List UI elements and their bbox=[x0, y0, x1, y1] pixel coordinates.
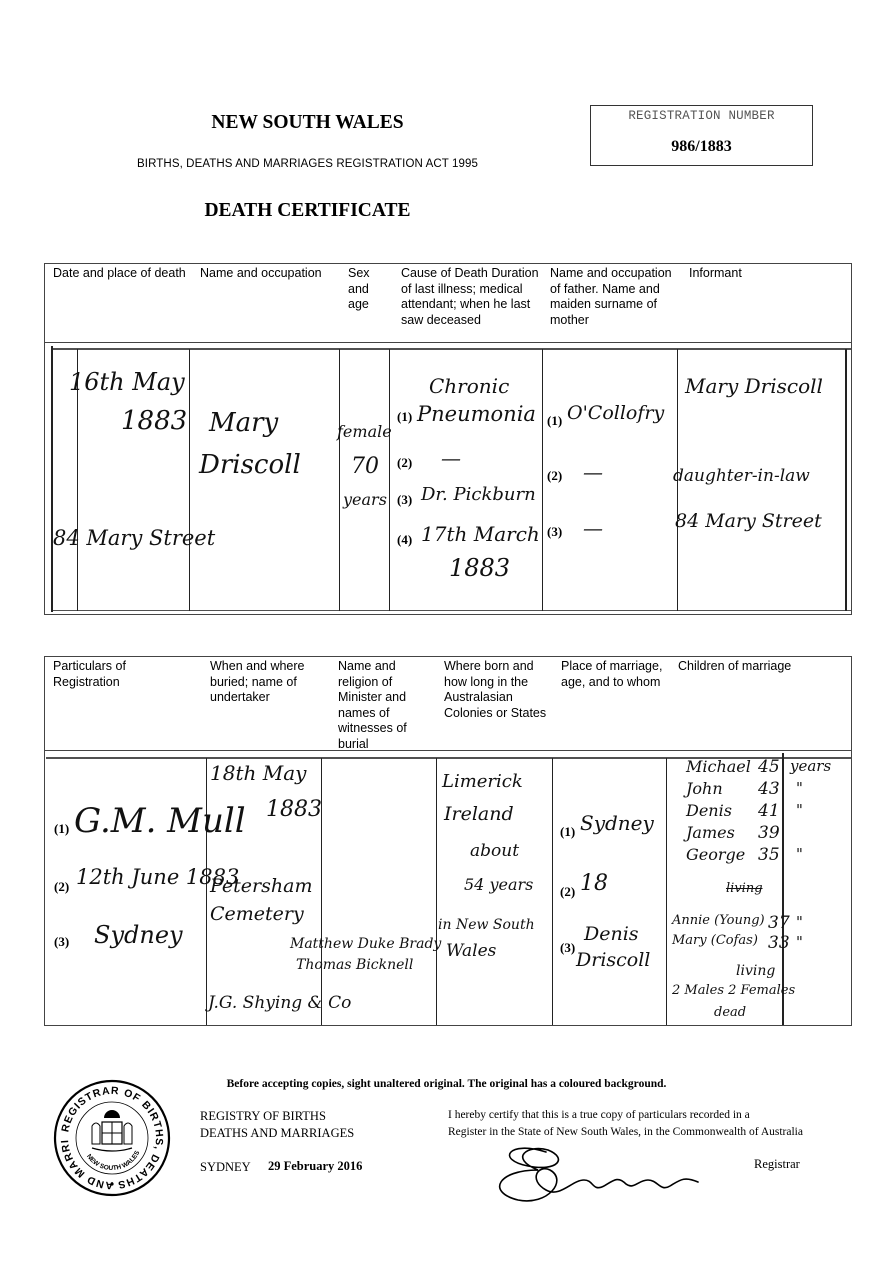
child-age-unit: " bbox=[796, 913, 803, 931]
ledger-column-rule bbox=[389, 349, 390, 611]
registration-number-value: 986/1883 bbox=[591, 138, 812, 156]
certification-statement: I hereby certify that this is a true cop… bbox=[448, 1107, 803, 1141]
date-of-death-year: 1883 bbox=[121, 406, 187, 436]
deceased-first-name: Mary bbox=[209, 408, 278, 438]
registration-number-box: REGISTRATION NUMBER 986/1883 bbox=[590, 105, 813, 166]
parent-item-number: (1) bbox=[547, 413, 562, 429]
age-unit: years bbox=[343, 490, 387, 509]
child-age: 37 bbox=[768, 913, 790, 933]
child-age: 41 bbox=[758, 801, 780, 821]
date-of-death-day: 16th May bbox=[69, 368, 185, 396]
child-name: George bbox=[686, 845, 745, 864]
informant-name: Mary Driscoll bbox=[685, 374, 823, 398]
registry-name-line: DEATHS AND MARRIAGES bbox=[200, 1125, 354, 1142]
child-name: Denis bbox=[686, 801, 732, 820]
witness-2: Thomas Bicknell bbox=[296, 957, 413, 973]
ledger-left-rule bbox=[51, 346, 53, 612]
registrar-title: Registrar bbox=[754, 1157, 800, 1172]
marriage-age: 18 bbox=[580, 871, 608, 896]
child-age: 43 bbox=[758, 779, 780, 799]
header-divider bbox=[45, 750, 851, 751]
child-age: 35 bbox=[758, 845, 780, 865]
certificate-title: DEATH CERTIFICATE bbox=[0, 200, 615, 222]
ledger-column-rule bbox=[542, 349, 543, 611]
registration-details-table: Particulars of Registration When and whe… bbox=[44, 656, 852, 1026]
cause-item-number: (2) bbox=[397, 455, 412, 471]
column-header-children: Children of marriage bbox=[678, 659, 838, 675]
sex: female bbox=[337, 422, 392, 441]
child-age-unit: years bbox=[790, 757, 831, 775]
age-value: 70 bbox=[351, 454, 379, 479]
cause-heading: Chronic bbox=[429, 374, 509, 398]
child-row: Mary (Cofas)33" bbox=[46, 933, 851, 955]
certification-line: Register in the State of New South Wales… bbox=[448, 1124, 803, 1141]
cause-item-text: Pneumonia bbox=[417, 402, 536, 426]
undertaker: J.G. Shying & Co bbox=[208, 993, 351, 1013]
child-age-unit: " bbox=[796, 933, 803, 951]
cause-item-text: — bbox=[441, 446, 461, 470]
child-age-unit: " bbox=[796, 801, 803, 819]
column-header-sex-age: Sex and age bbox=[348, 266, 384, 313]
column-header-particulars: Particulars of Registration bbox=[53, 659, 193, 690]
registry-name-line: REGISTRY OF BIRTHS bbox=[200, 1108, 354, 1125]
child-name: James bbox=[686, 823, 735, 842]
handwritten-register-entry: (1) G.M. Mull (2) 12th June 1883 (3) Syd… bbox=[46, 753, 851, 1025]
registrar-seal-icon: REGISTRAR OF BIRTHS, DEATHS AND MARRIAGE… bbox=[52, 1078, 172, 1198]
child-age: 33 bbox=[768, 933, 790, 953]
cause-year: 1883 bbox=[449, 554, 510, 582]
registrar-signature-icon bbox=[488, 1140, 708, 1205]
registry-name: REGISTRY OF BIRTHS DEATHS AND MARRIAGES bbox=[200, 1108, 354, 1141]
death-details-table: Date and place of death Name and occupat… bbox=[44, 263, 852, 615]
child-age: 45 bbox=[758, 757, 780, 777]
column-header-name-occupation: Name and occupation bbox=[200, 266, 340, 282]
child-row: John43" bbox=[46, 779, 851, 801]
children-dead-note: dead bbox=[714, 1005, 746, 1020]
child-age-unit: " bbox=[796, 845, 803, 863]
column-header-date-place: Date and place of death bbox=[53, 266, 188, 282]
place-of-death: 84 Mary Street bbox=[53, 526, 215, 550]
cause-item-number: (4) bbox=[397, 532, 412, 548]
column-header-parents: Name and occupation of father. Name and … bbox=[550, 266, 675, 328]
child-age: 39 bbox=[758, 823, 780, 843]
child-name: Annie (Young) bbox=[672, 913, 765, 928]
column-header-minister-witnesses: Name and religion of Minister and names … bbox=[338, 659, 428, 753]
cause-item-number: (3) bbox=[397, 492, 412, 508]
ledger-bottom-rule bbox=[51, 610, 851, 611]
parent-item-number: (2) bbox=[547, 468, 562, 484]
ledger-right-rule bbox=[845, 349, 847, 611]
marriage-item-number: (2) bbox=[560, 884, 575, 900]
father-occupation: — bbox=[583, 460, 603, 484]
cause-item-text: 17th March bbox=[421, 522, 540, 546]
informant-address: 84 Mary Street bbox=[675, 510, 822, 532]
parent-item-number: (3) bbox=[547, 524, 562, 540]
mother-maiden-name: — bbox=[583, 516, 603, 540]
child-row: Denis41" bbox=[46, 801, 851, 823]
child-name: Mary (Cofas) bbox=[672, 933, 758, 948]
handwritten-register-entry: 16th May 1883 84 Mary Street Mary Drisco… bbox=[51, 346, 851, 612]
father-name: O'Collofry bbox=[567, 402, 664, 424]
column-header-burial: When and where buried; name of undertake… bbox=[210, 659, 325, 706]
children-living-note: living bbox=[736, 963, 775, 979]
cause-item-number: (1) bbox=[397, 409, 412, 425]
column-header-cause-of-death: Cause of Death Duration of last illness;… bbox=[401, 266, 541, 328]
deceased-surname: Driscoll bbox=[199, 450, 301, 480]
child-row: Michael45years bbox=[46, 757, 851, 779]
column-header-birthplace: Where born and how long in the Australas… bbox=[444, 659, 549, 721]
column-header-marriage: Place of marriage, age, and to whom bbox=[561, 659, 666, 690]
residence-duration: 54 years bbox=[464, 875, 533, 894]
child-age-unit: " bbox=[796, 779, 803, 797]
children-living-struck: living bbox=[726, 881, 763, 896]
child-name: Michael bbox=[686, 757, 751, 776]
child-row: Annie (Young)37" bbox=[46, 913, 851, 935]
child-name: John bbox=[686, 779, 723, 798]
burial-place: Petersham bbox=[210, 875, 312, 897]
column-header-informant: Informant bbox=[689, 266, 809, 282]
ledger-column-rule bbox=[339, 349, 340, 611]
cause-item-text: Dr. Pickburn bbox=[421, 484, 536, 505]
informant-relationship: daughter-in-law bbox=[673, 466, 810, 486]
registration-number-label: REGISTRATION NUMBER bbox=[591, 109, 812, 123]
particulars-item-number: (2) bbox=[54, 879, 69, 895]
issue-place: SYDNEY bbox=[200, 1160, 251, 1175]
header-divider bbox=[45, 342, 851, 343]
act-reference: BIRTHS, DEATHS AND MARRIAGES REGISTRATIO… bbox=[0, 158, 615, 170]
child-row: James39 bbox=[46, 823, 851, 845]
certification-line: I hereby certify that this is a true cop… bbox=[448, 1107, 803, 1124]
ledger-top-rule bbox=[51, 348, 851, 350]
children-dead-count: 2 Males 2 Females bbox=[672, 983, 795, 998]
child-row: George35" bbox=[46, 845, 851, 867]
ledger-column-rule bbox=[189, 349, 190, 611]
state-title: NEW SOUTH WALES bbox=[0, 112, 615, 134]
issue-date: 29 February 2016 bbox=[268, 1159, 362, 1174]
